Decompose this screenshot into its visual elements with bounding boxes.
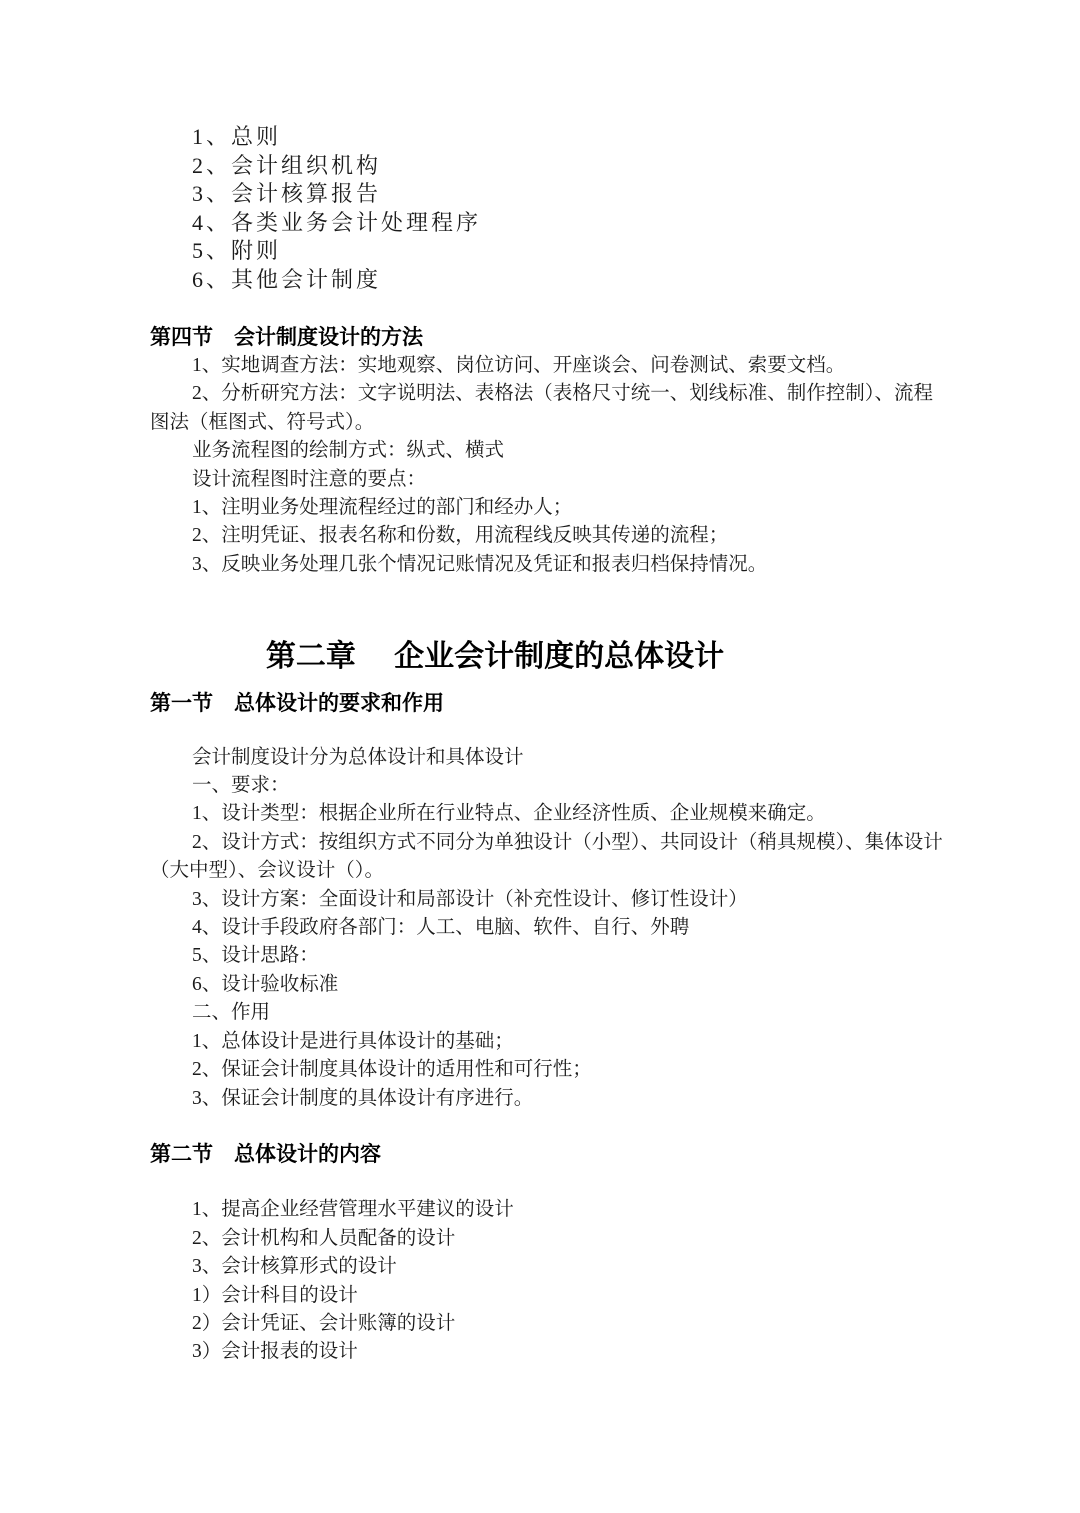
- chapter2-title: 第二章 企业会计制度的总体设计: [105, 636, 885, 678]
- text-line: 1、设计类型：根据企业所在行业特点、企业经济性质、企业规模来确定。: [150, 800, 930, 828]
- document-page: 1、总则 2、会计组织机构 3、会计核算报告 4、各类业务会计处理程序 5、附则…: [0, 0, 1080, 1513]
- text-line: 5、设计思路：: [150, 942, 930, 970]
- text-line: 1、注明业务处理流程经过的部门和经办人；: [150, 494, 930, 522]
- list-item: 3、会计核算形式的设计: [150, 1253, 930, 1281]
- text-line: 4、设计手段政府各部门：人工、电脑、软件、自行、外聘: [150, 914, 930, 942]
- text-line: （大中型）、会议设计（）。: [150, 857, 930, 885]
- list-item: 2、会计组织机构: [150, 152, 930, 181]
- text-line: 2、保证会计制度具体设计的适用性和可行性；: [150, 1056, 930, 1084]
- text-line: 业务流程图的绘制方式：纵式、横式: [150, 437, 930, 465]
- text-line: 2、分析研究方法：文字说明法、表格法（表格尺寸统一、划线标准、制作控制）、流程: [150, 380, 930, 408]
- text-line: 设计流程图时注意的要点：: [150, 466, 930, 494]
- section2-heading: 第二节 总体设计的内容: [150, 1141, 930, 1169]
- text-line: 1、总体设计是进行具体设计的基础；: [150, 1028, 930, 1056]
- list-item: 1）会计科目的设计: [150, 1282, 930, 1310]
- text-line: 一、要求：: [150, 772, 930, 800]
- text-line: 二、作用: [150, 999, 930, 1027]
- list-item: 6、其他会计制度: [150, 266, 930, 295]
- text-line: 1、实地调查方法：实地观察、岗位访问、开座谈会、问卷测试、索要文档。: [150, 352, 930, 380]
- list-item: 1、提高企业经营管理水平建议的设计: [150, 1196, 930, 1224]
- section4-body: 1、实地调查方法：实地观察、岗位访问、开座谈会、问卷测试、索要文档。 2、分析研…: [150, 352, 930, 579]
- list-item: 2、会计机构和人员配备的设计: [150, 1225, 930, 1253]
- text-line: 6、设计验收标准: [150, 971, 930, 999]
- list-item: 2）会计凭证、会计账簿的设计: [150, 1310, 930, 1338]
- text-line: 3、保证会计制度的具体设计有序进行。: [150, 1085, 930, 1113]
- text-line: 图法（框图式、符号式）。: [150, 409, 930, 437]
- section2-body: 1、提高企业经营管理水平建议的设计 2、会计机构和人员配备的设计 3、会计核算形…: [150, 1196, 930, 1366]
- section1-body: 会计制度设计分为总体设计和具体设计 一、要求： 1、设计类型：根据企业所在行业特…: [150, 744, 930, 1113]
- list-item: 3）会计报表的设计: [150, 1338, 930, 1366]
- text-line: 2、注明凭证、报表名称和份数，用流程线反映其传递的流程；: [150, 522, 930, 550]
- list-item: 1、总则: [150, 123, 930, 152]
- list-item: 4、各类业务会计处理程序: [150, 209, 930, 238]
- section4-heading: 第四节 会计制度设计的方法: [150, 324, 930, 352]
- text-line: 3、反映业务处理几张个情况记账情况及凭证和报表归档保持情况。: [150, 551, 930, 579]
- document-content: 1、总则 2、会计组织机构 3、会计核算报告 4、各类业务会计处理程序 5、附则…: [0, 0, 1080, 1367]
- section1-heading: 第一节 总体设计的要求和作用: [150, 690, 930, 718]
- chapter1-outline-list: 1、总则 2、会计组织机构 3、会计核算报告 4、各类业务会计处理程序 5、附则…: [150, 123, 930, 295]
- text-line: 3、设计方案：全面设计和局部设计（补充性设计、修订性设计）: [150, 886, 930, 914]
- text-line: 2、设计方式：按组织方式不同分为单独设计（小型）、共同设计（稍具规模）、集体设计: [150, 829, 930, 857]
- list-item: 3、会计核算报告: [150, 180, 930, 209]
- text-line: 会计制度设计分为总体设计和具体设计: [150, 744, 930, 772]
- list-item: 5、附则: [150, 237, 930, 266]
